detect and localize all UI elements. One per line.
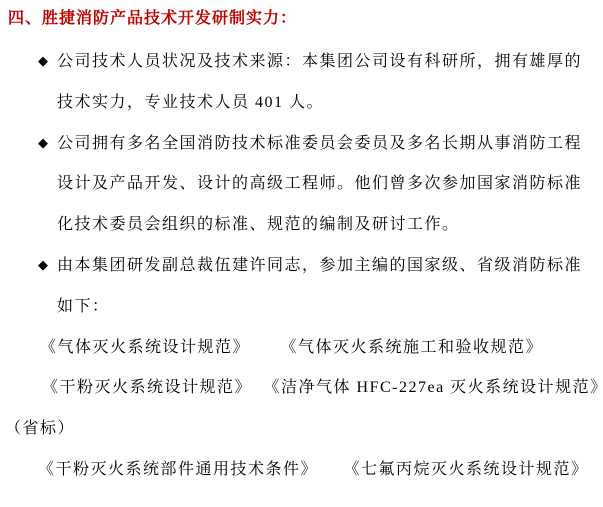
bullet-diamond-icon: ◆	[38, 246, 48, 287]
standard-title: 《干粉灭火系统设计规范》	[42, 379, 252, 396]
bullet-text: 公司拥有多名全国消防技术标准委员会委员及多名长期从事消防工程	[57, 135, 582, 152]
standard-title: 《干粉灭火系统部件通用技术条件》	[38, 461, 318, 478]
standards-row-1: 《气体灭火系统设计规范》 《气体灭火系统施工和验收规范》	[0, 328, 603, 369]
standard-title: 《气体灭火系统施工和验收规范》	[281, 339, 544, 356]
standards-row-3: 《干粉灭火系统部件通用技术条件》 《七氟丙烷灭火系统设计规范》	[0, 450, 603, 491]
page-title: 四、胜捷消防产品技术开发研制实力：	[8, 8, 603, 30]
bullet-item-1-line-2: 技术实力，专业技术人员 401 人。	[0, 83, 603, 124]
bullet-item-1-line-1: ◆ 公司技术人员状况及技术来源：本集团公司设有科研所，拥有雄厚的	[0, 42, 603, 83]
document-page: 四、胜捷消防产品技术开发研制实力： ◆ 公司技术人员状况及技术来源：本集团公司设…	[0, 0, 603, 507]
standard-title: 《七氟丙烷灭火系统设计规范》	[344, 461, 589, 478]
bullet-item-3-line-2: 如下：	[0, 287, 603, 328]
document-body: ◆ 公司技术人员状况及技术来源：本集团公司设有科研所，拥有雄厚的 技术实力，专业…	[0, 42, 603, 491]
bullet-item-2-line-3: 化技术委员会组织的标准、规范的编制及研讨工作。	[0, 205, 603, 246]
province-standard-note: （省标）	[0, 409, 603, 450]
bullet-text: 由本集团研发副总裁伍建许同志，参加主编的国家级、省级消防标准	[57, 257, 582, 274]
standard-title: 《洁净气体 HFC-227ea 灭火系统设计规范》	[264, 379, 603, 396]
standards-row-2: 《干粉灭火系统设计规范》 《洁净气体 HFC-227ea 灭火系统设计规范》	[0, 368, 603, 409]
bullet-diamond-icon: ◆	[38, 124, 48, 165]
standard-title: 《气体灭火系统设计规范》	[40, 339, 250, 356]
bullet-text: 公司技术人员状况及技术来源：本集团公司设有科研所，拥有雄厚的	[57, 53, 582, 70]
bullet-item-2-line-1: ◆ 公司拥有多名全国消防技术标准委员会委员及多名长期从事消防工程	[0, 124, 603, 165]
bullet-diamond-icon: ◆	[38, 42, 48, 83]
bullet-item-3-line-1: ◆ 由本集团研发副总裁伍建许同志，参加主编的国家级、省级消防标准	[0, 246, 603, 287]
bullet-item-2-line-2: 设计及产品开发、设计的高级工程师。他们曾多次参加国家消防标准	[0, 164, 603, 205]
